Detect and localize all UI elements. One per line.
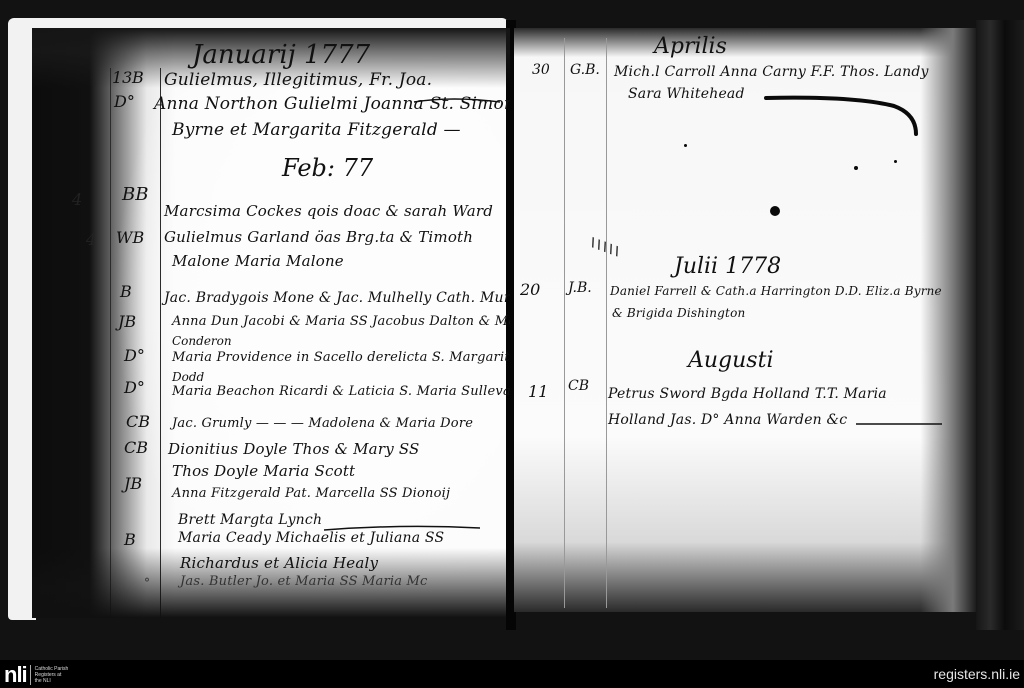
entry-line: Brett Margta Lynch xyxy=(178,512,322,528)
entry-code: G.B. xyxy=(570,62,600,78)
entry-line: Daniel Farrell & Cath.a Harrington D.D. … xyxy=(610,284,942,298)
entry-line: Thos Doyle Maria Scott xyxy=(172,462,355,480)
entry-line: Maria Providence in Sacello derelicta S.… xyxy=(172,350,510,365)
nli-logo-mark: nli xyxy=(4,664,27,686)
entry-line: Mich.l Carroll Anna Carny F.F. Thos. Lan… xyxy=(614,64,929,80)
entry-line: Gulielmus, Illegitimus, Fr. Joa. xyxy=(164,70,432,90)
entry-line: Conderon xyxy=(172,334,232,348)
margin-rule xyxy=(564,38,565,608)
nli-logo[interactable]: nli Catholic Parish Registers at the NLI xyxy=(4,664,75,686)
underline-flourish xyxy=(322,522,482,534)
entry-line: Dodd xyxy=(172,370,204,384)
entry-line: Richardus et Alicia Healy xyxy=(180,554,378,572)
ink-blot xyxy=(770,206,780,216)
entry-line: & Brigida Dishington xyxy=(612,306,745,320)
entry-margin-code: 13 xyxy=(112,68,132,87)
ink-speck xyxy=(854,166,858,170)
entry-margin-code: D° xyxy=(114,92,135,111)
margin-rule-inner xyxy=(160,68,161,618)
underline-flourish xyxy=(854,420,944,428)
ink-speck xyxy=(894,160,897,163)
entry-day: 20 xyxy=(520,280,540,299)
entry-margin-sub: D° xyxy=(124,346,145,365)
underline-flourish xyxy=(764,94,924,140)
entry-margin-sub: JB xyxy=(118,312,136,331)
entry-line: Malone Maria Malone xyxy=(172,252,344,270)
logo-text-line: the NLI xyxy=(35,678,51,684)
entry-day: 30 xyxy=(532,62,550,78)
viewer-footer: nli Catholic Parish Registers at the NLI… xyxy=(0,660,1024,688)
entry-margin-sub: CB xyxy=(124,438,148,457)
entry-line: Jac. Bradygois Mone & Jac. Mulhelly Cath… xyxy=(164,290,510,306)
entry-line: Gulielmus Garland öas Brg.ta & Timoth xyxy=(164,228,473,246)
entry-line: Holland Jas. D° Anna Warden &c xyxy=(608,412,847,428)
entry-margin-sub: BB xyxy=(122,184,148,205)
entry-line: Jas. Butler Jo. et Maria SS Maria Mc xyxy=(180,574,428,589)
scanned-register-spread: Januarij 1777 13 B Gulielmus, Illegitimu… xyxy=(0,0,1024,660)
site-url-link[interactable]: registers.nli.ie xyxy=(934,666,1020,682)
entry-line: Dionitius Doyle Thos & Mary SS xyxy=(168,440,420,458)
margin-rule xyxy=(606,38,607,608)
month-heading-april: Aprilis xyxy=(654,34,727,59)
month-heading-january: Januarij 1777 xyxy=(192,40,370,70)
entry-margin-code: 4 xyxy=(72,190,82,209)
entry-margin-sub: CB xyxy=(126,412,150,431)
register-image-viewer[interactable]: Januarij 1777 13 B Gulielmus, Illegitimu… xyxy=(0,0,1024,660)
entry-margin-code: 4 xyxy=(86,230,96,249)
entry-line: Petrus Sword Bgda Holland T.T. Maria xyxy=(608,386,887,402)
entry-day: 11 xyxy=(528,382,548,401)
entry-margin-sub: B xyxy=(132,68,144,87)
ink-speck xyxy=(684,144,687,147)
entry-line: Marcsima Cockes qois doac & sarah Ward xyxy=(164,202,493,220)
entry-margin-sub: B xyxy=(120,282,132,301)
entry-margin-sub: JB xyxy=(124,474,142,493)
nli-logo-text: Catholic Parish Registers at the NLI xyxy=(35,666,75,684)
entry-margin-sub: D° xyxy=(124,378,145,397)
entry-margin-sub: ° xyxy=(144,576,150,590)
underline-flourish xyxy=(412,94,502,108)
entry-margin-sub: B xyxy=(124,530,136,549)
entry-line: Maria Beachon Ricardi & Laticia S. Maria… xyxy=(172,384,510,399)
entry-line: Byrne et Margarita Fitzgerald — xyxy=(172,120,461,140)
logo-divider xyxy=(30,665,31,685)
entry-line: Anna Dun Jacobi & Maria SS Jacobus Dalto… xyxy=(172,314,510,329)
entry-code: J.B. xyxy=(568,280,592,296)
entry-line: Sara Whitehead xyxy=(628,86,745,102)
month-heading-august: Augusti xyxy=(688,348,773,373)
entry-margin-sub: WB xyxy=(116,228,144,247)
entry-line: Anna Fitzgerald Pat. Marcella SS Dionoij xyxy=(172,486,450,501)
left-page: Januarij 1777 13 B Gulielmus, Illegitimu… xyxy=(32,28,510,618)
entry-code: CB xyxy=(568,378,589,394)
margin-rule-outer xyxy=(110,68,111,618)
month-heading-july: Julii 1778 xyxy=(674,254,781,279)
book-edge-right xyxy=(976,20,1024,630)
right-page: Aprilis 30 G.B. Mich.l Carroll Anna Carn… xyxy=(514,28,976,612)
entry-line: Jac. Grumly — — — Madolena & Maria Dore xyxy=(172,416,473,431)
month-heading-february: Feb: 77 xyxy=(282,154,373,182)
